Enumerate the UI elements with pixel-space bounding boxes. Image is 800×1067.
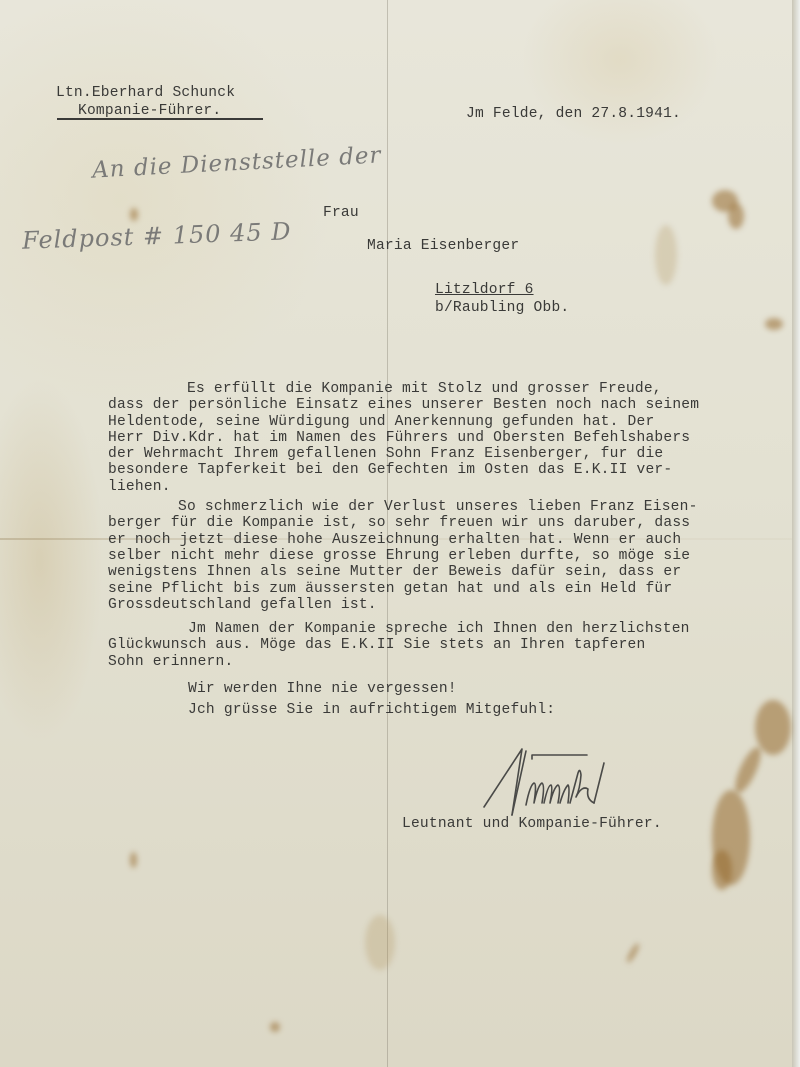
body-line: liehen.: [108, 479, 788, 495]
stain-spot: [270, 1022, 280, 1032]
recipient-salutation: Frau: [323, 205, 359, 222]
stain-spot: [130, 852, 137, 868]
sender-underline: [57, 118, 263, 120]
body-line: er noch jetzt diese hohe Auszeichnung er…: [108, 532, 788, 548]
place-date: Jm Felde, den 27.8.1941.: [466, 106, 681, 123]
body-line: Jch grüsse Sie in aufrichtigem Mitgefuhl…: [108, 702, 788, 718]
body-line: seine Pflicht bis zum äussersten getan h…: [108, 581, 788, 597]
signature-icon: [482, 745, 632, 820]
body-line: So schmerzlich wie der Verlust unseres l…: [108, 499, 788, 515]
body-line: Wir werden Ihne nie vergessen!: [108, 681, 788, 697]
body-line: der Wehrmacht Ihrem gefallenen Sohn Fran…: [108, 446, 788, 462]
letter-body: Es erfüllt die Kompanie mit Stolz und gr…: [108, 381, 788, 719]
body-line: Sohn erinnern.: [108, 654, 788, 670]
body-line: Heldentode, seine Würdigung und Anerkenn…: [108, 414, 788, 430]
stain-spot: [655, 225, 677, 285]
stain-spot: [365, 915, 395, 970]
signature-title: Leutnant und Kompanie-Führer.: [402, 816, 662, 833]
body-line: wenigstens Ihnen als seine Mutter der Be…: [108, 564, 788, 580]
recipient-name: Maria Eisenberger: [367, 238, 519, 255]
recipient-address-line1: Litzldorf 6: [435, 282, 534, 299]
body-line: Herr Div.Kdr. hat im Namen des Führers u…: [108, 430, 788, 446]
body-line: dass der persönliche Einsatz eines unser…: [108, 397, 788, 413]
stain-spot: [712, 850, 732, 890]
stain-spot: [728, 203, 744, 229]
stain-spot: [130, 208, 138, 221]
sender-name: Ltn.Eberhard Schunck: [56, 85, 235, 102]
body-line: Glückwunsch aus. Möge das E.K.II Sie ste…: [108, 637, 788, 653]
body-line: selber nicht mehr diese grosse Ehrung er…: [108, 548, 788, 564]
body-line: Jm Namen der Kompanie spreche ich Ihnen …: [108, 621, 788, 637]
body-line: Grossdeutschland gefallen ist.: [108, 597, 788, 613]
paper-edge: [792, 0, 800, 1067]
stain-spot: [765, 318, 783, 330]
body-line: berger für die Kompanie ist, so sehr fre…: [108, 515, 788, 531]
body-line: Es erfüllt die Kompanie mit Stolz und gr…: [108, 381, 788, 397]
body-line: besondere Tapferkeit bei den Gefechten i…: [108, 462, 788, 478]
recipient-address-line2: b/Raubling Obb.: [435, 300, 569, 317]
